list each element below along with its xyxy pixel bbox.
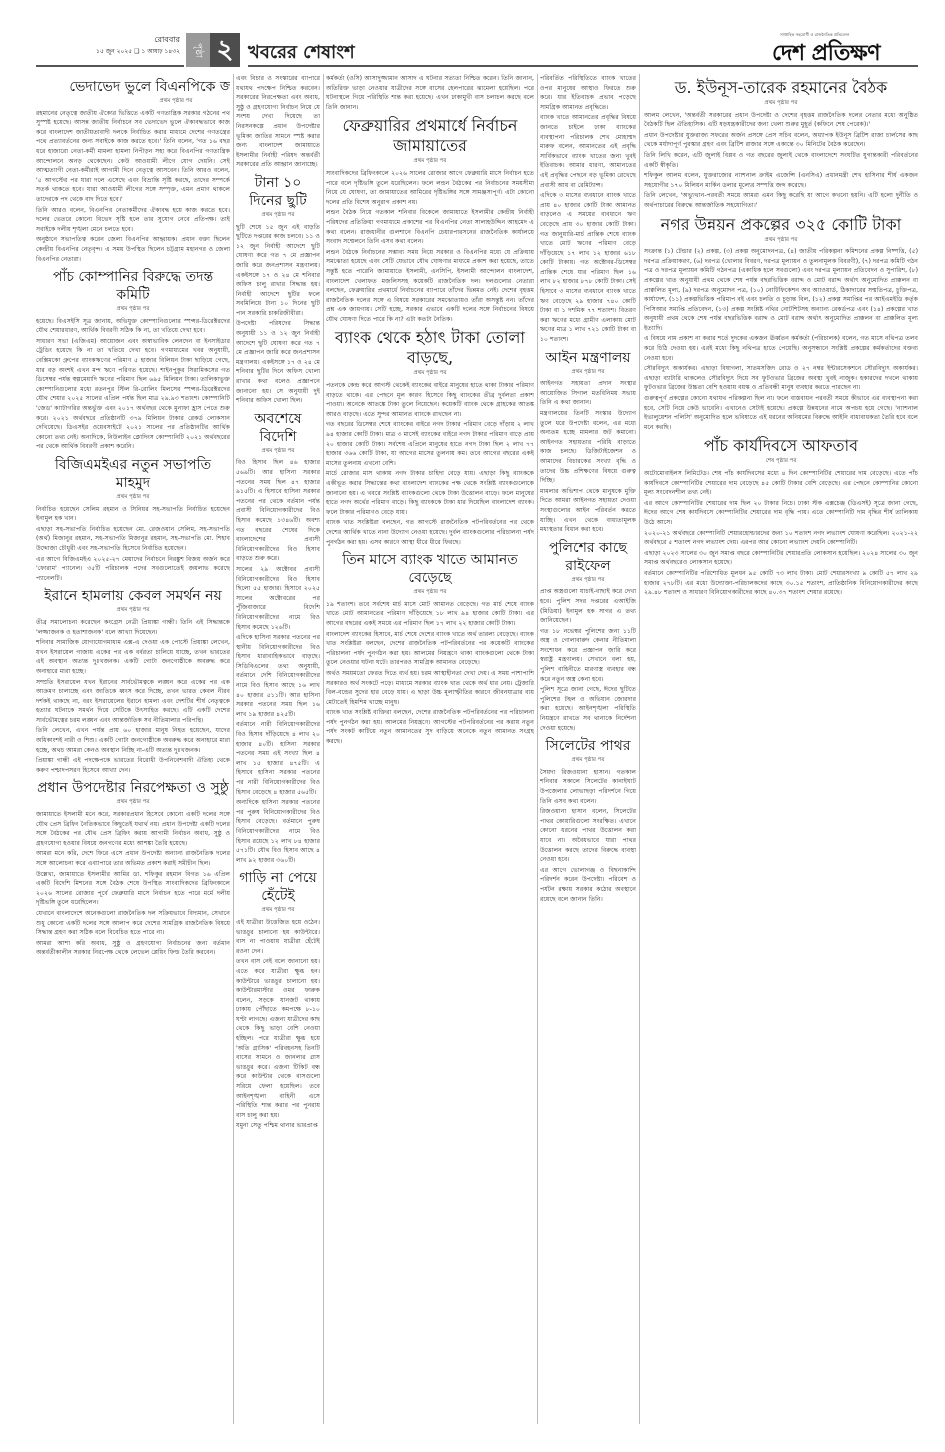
byline: প্রথম পৃষ্ঠার পর bbox=[326, 588, 534, 598]
paragraph: সাধারণ সভা (এজিএম) আয়োজন এবং অস্বাভাবিক… bbox=[36, 337, 230, 452]
byline: প্রথম পৃষ্ঠার পর bbox=[236, 211, 320, 221]
byline: প্রথম পৃষ্ঠার পর bbox=[236, 906, 320, 916]
article-chief-adviser: প্রধান উপদেষ্টার নিরপেক্ষতা ও সুষ্ঠু প্র… bbox=[36, 779, 230, 958]
headline[interactable]: পুলিশের কাছে রাইফেল bbox=[540, 539, 636, 575]
headline[interactable]: ফেব্রুয়ারির প্রথমার্ধে নির্বাচন জামায়া… bbox=[326, 116, 534, 156]
column-2: এবং বিচার ও সংস্কারের ব্যাপারে যথাযথ পদক… bbox=[236, 74, 320, 1424]
column-1: ভেদাভেদ ভুলে বিএনপিকে জয়ী করতে প্রথম পৃ… bbox=[36, 74, 230, 1424]
article-police-rifle: পুলিশের কাছে রাইফেল প্রথম পৃষ্ঠার পর প্র… bbox=[540, 539, 636, 734]
headline[interactable]: নগর উন্নয়ন প্রকল্পের ৩২৫ কোটি টাকা bbox=[644, 215, 918, 235]
paragraph: উল্লেখ্য, জামায়াতে ইসলামীর আমির ডা. শফি… bbox=[36, 870, 230, 908]
byline: প্রথম পৃষ্ঠার পর bbox=[326, 369, 534, 379]
paragraph: রহমানের নেতৃত্বে জাতীয় ঐক্যের ভিত্তিতে … bbox=[36, 109, 230, 205]
issue-date: ১৫ জুন ২০২৫ ❑ ১ আষাঢ় ১৪৩২ bbox=[36, 46, 180, 57]
paragraph: প্রিয়াঙ্কা গান্ধী এই পদক্ষেপকে ভারতের ব… bbox=[36, 756, 230, 775]
paragraph: অন্যদিকে হাসিনা সরকার পতনের পর পুরুষ বিন… bbox=[236, 798, 320, 865]
paragraph: এদিকে ৩ মাসের ব্যবধানে ব্যাংক খাতে প্রায… bbox=[540, 191, 636, 345]
article-five-companies: পাঁচ কোম্পানির বিরুদ্ধে তদন্ত কমিটি প্রথ… bbox=[36, 268, 230, 452]
paragraph: সংক্রান্ত (১) টেন্ডার (২) প্রকল্প, (৩) প… bbox=[644, 247, 918, 333]
paragraph: তিনি আরও বলেন, বিএনপির নেতাকর্মীদের ঐক্য… bbox=[36, 206, 230, 235]
headline[interactable]: আইন মন্ত্রণালয় bbox=[540, 349, 636, 367]
paragraph: গত ১৮ নভেম্বর পুলিশের জন্য ১১টি অস্ত্র ও… bbox=[540, 627, 636, 685]
byline: প্রথম পৃষ্ঠার পর bbox=[540, 756, 636, 766]
paragraph: মন্ত্রণালয়ের তিনটি সংস্কার উদ্যোগ তুলে … bbox=[540, 409, 636, 486]
column-divider bbox=[639, 74, 640, 1424]
byline: প্রথম পৃষ্ঠার পর bbox=[644, 99, 918, 109]
column-divider bbox=[323, 74, 324, 1424]
article-yunus-tarique: ড. ইউনূস-তারেক রহমানের বৈঠক প্রথম পৃষ্ঠা… bbox=[644, 78, 918, 211]
article-finally-abroad: অবশেষে বিদেশি প্রথম পৃষ্ঠার পর বিও হিসাব… bbox=[236, 410, 320, 866]
paragraph: সৈয়দা রিজওয়ানা হাসান। গতকাল শনিবার সকা… bbox=[540, 768, 636, 806]
paragraph: এর আগে ভোলাগঞ্জ ও বিছনাকান্দি পরিদর্শন ক… bbox=[540, 866, 636, 904]
headline[interactable]: ইরানে হামলায় কেবল সমর্থন নয় bbox=[36, 587, 230, 605]
paragraph: তিনি লিখি করেন, এটি জুলাই বিপ্লব ও গত বছ… bbox=[644, 151, 918, 170]
paragraph: এছাড়া ২০২৩ সালের ৩০ জুন সমাপ্ত বছরে কোম… bbox=[644, 549, 918, 568]
headline[interactable]: বিজিএমইএর নতুন সভাপতি মাহমুদ bbox=[36, 456, 230, 492]
paragraph: সালের ২৯ অক্টোবর প্রবাসী বিনিয়োগকারীদের… bbox=[236, 565, 320, 632]
byline: প্রথম পৃষ্ঠার পর bbox=[644, 236, 918, 246]
article-no-car: গাড়ি না পেয়ে হেঁটেই প্রথম পৃষ্ঠার পর এ… bbox=[236, 869, 320, 1131]
paragraph: সম্প্রতি ইসরায়েল যখন ইরানের সার্বভৌমত্ব… bbox=[36, 678, 230, 726]
masthead: রোববার ১৫ জুন ২০২৫ ❑ ১ আষাঢ় ১৪৩২ পৃষ্ঠা… bbox=[0, 0, 945, 68]
paragraph: রিজওয়ানা হাসান বলেন, সিলেটের পাথর কোয়া… bbox=[540, 807, 636, 865]
paragraph: আমরা আশা করি অবাধ, সুষ্ঠু ও গ্রহণযোগ্য ন… bbox=[36, 939, 230, 958]
headline[interactable]: তিন মাসে ব্যাংক খাতে আমানত বেড়েছে bbox=[326, 551, 534, 587]
paragraph: নির্বাচিত হয়েছেন সেলিম রহমান ও সিনিয়র … bbox=[36, 505, 230, 524]
header-rule bbox=[248, 65, 918, 67]
headline[interactable]: প্রধান উপদেষ্টার নিরপেক্ষতা ও সুষ্ঠু bbox=[36, 779, 230, 797]
article-sylhet-stones: সিলেটের পাথর প্রথম পৃষ্ঠার পর সৈয়দা রিজ… bbox=[540, 737, 636, 904]
paragraph: তখন বাস নেই বলে জানানো হয়। এতে করে যাত্… bbox=[236, 957, 320, 1120]
paragraph: লন্ডন বৈঠক নিয়ে গতকাল শনিবার বিকেলে জাম… bbox=[326, 208, 534, 246]
column-divider bbox=[537, 74, 538, 1424]
paragraph: শফিকুল আলম বলেন, যুক্তরাজ্যের ন্যাশনাল ক… bbox=[644, 171, 918, 190]
page-label: পৃষ্ঠা bbox=[186, 33, 210, 67]
paragraph: ১৯ শতাংশ। তবে সর্বশেষ মার্চ মাসে মোট আমা… bbox=[326, 600, 534, 629]
paragraph: তিনি লেখেন, 'অভ্যুত্থান-পরবর্তী সময়ে আম… bbox=[644, 191, 918, 210]
paragraph: এর আগে বিজিএমইএ ২০২৫-২৭ মেয়াদের নির্বাচ… bbox=[36, 555, 230, 584]
headline[interactable]: পাঁচ কোম্পানির বিরুদ্ধে তদন্ত কমিটি bbox=[36, 268, 230, 304]
paragraph: এদিকে হাসিনা সরকার পতনের পর স্থানীয় বিন… bbox=[236, 633, 320, 719]
paragraph: কর্মকর্তা (ওসি) আসাদুজ্জামান আসাদ এ ঘটনা… bbox=[326, 74, 534, 112]
byline: প্রথম পৃষ্ঠার পর bbox=[36, 798, 230, 808]
paragraph: ব্যাংক খাতে আমানতের প্রবৃদ্ধির বিষয়ে জা… bbox=[540, 113, 636, 190]
paragraph: মামলার অভিশাপ থেকে মানুষকে মুক্তি দিতে আ… bbox=[540, 487, 636, 535]
paragraph: গত বছরের ডিসেম্বর শেষে ব্যাংকের বাইরে নগ… bbox=[326, 420, 534, 468]
byline: প্রথম পৃষ্ঠার পর bbox=[36, 606, 230, 616]
article-law-ministry: আইন মন্ত্রণালয় প্রথম পৃষ্ঠার পর আইনগত স… bbox=[540, 349, 636, 535]
byline: প্রথম পৃষ্ঠার পর bbox=[36, 97, 230, 107]
byline: প্রথম পৃষ্ঠার পর bbox=[236, 447, 320, 457]
column-4: পরিবর্তিত পরিস্থিতিতে ব্যাংক খাতের ওপর ম… bbox=[540, 74, 636, 1424]
newspaper-logo: দেশ প্রতিক্ষণ bbox=[772, 36, 880, 73]
byline: শেষ পৃষ্ঠার পর bbox=[644, 457, 918, 467]
paragraph: জামায়াতে ইসলামী মনে করে, সরকারপ্রধান হি… bbox=[36, 810, 230, 848]
paragraph: যমুনা সেতু পশ্চিম থানার ভারপ্রাপ্ত bbox=[236, 1121, 320, 1131]
paragraph: ব্যাংক খাত সংশ্লিষ্ট ব্যক্তিরা বলছেন, দে… bbox=[326, 708, 534, 746]
paragraph: অটোমোবাইলস লিমিটেড। শেষ পাঁচ কার্যদিবসের… bbox=[644, 469, 918, 498]
paragraph: তিনি লেখেন, এখন পর্যন্ত প্রায় ৬০ হাজার … bbox=[36, 726, 230, 755]
article-bgmea: বিজিএমইএর নতুন সভাপতি মাহমুদ প্রথম পৃষ্ঠ… bbox=[36, 456, 230, 583]
paragraph: আমরা মনে করি, দেশে ফিরে এসে প্রধান উপদেষ… bbox=[36, 849, 230, 868]
paragraph: শনিবার সামাজিক যোগাযোগমাধ্যম এক্স-এ দেওয… bbox=[36, 638, 230, 676]
byline: প্রথম পৃষ্ঠার পর bbox=[540, 576, 636, 586]
paragraph: আইনগত সহায়তা প্রদান সংস্থার আয়োজিত সিগ… bbox=[540, 379, 636, 408]
article-jamaat-february: ফেব্রুয়ারির প্রথমার্ধে নির্বাচন জামায়া… bbox=[326, 116, 534, 324]
paragraph: পুলিশ সূত্রে জানা গেছে, ঈদের ছুটিতে পুলি… bbox=[540, 685, 636, 733]
article-bank-withdrawal: ব্যাংক থেকে হঠাৎ টাকা তোলা বাড়ছে, প্রথম… bbox=[326, 328, 534, 547]
headline[interactable]: পাঁচ কার্যদিবসে আফতাব bbox=[644, 436, 918, 456]
paragraph: হয়েছে। বিএসইসি সূত্র জানায়, অভিযুক্ত ক… bbox=[36, 317, 230, 336]
paragraph: এছাড়া সহ-সভাপতি নির্বাচিত হয়েছেন মো. র… bbox=[36, 525, 230, 554]
paragraph: বর্তমানে নারী বিনিয়োগকারীদের বিও হিসাব … bbox=[236, 720, 320, 797]
headline[interactable]: টানা ১০ দিনের ছুটি bbox=[236, 174, 320, 210]
paragraph: বর্তমানে কোম্পানিটির পরিশোধিত মূলধন ৯৫ ক… bbox=[644, 569, 918, 598]
headline[interactable]: অবশেষে বিদেশি bbox=[236, 410, 320, 446]
paragraph: পরিবর্তিত পরিস্থিতিতে ব্যাংক খাতের ওপর ম… bbox=[540, 74, 636, 112]
headline[interactable]: সিলেটের পাথর bbox=[540, 737, 636, 755]
paragraph: সৌরবিদ্যুৎ অকার্যকর। এছাড়া বিষাগলা, সাত… bbox=[644, 364, 918, 393]
paragraph: তীব্র সমালোচনা করেছেন কংগ্রেস নেত্রী প্র… bbox=[36, 618, 230, 637]
byline: প্রথম পৃষ্ঠার পর bbox=[540, 368, 636, 378]
paragraph: আলম লেখেন, 'অন্তর্বর্তী সরকারের প্রধান উ… bbox=[644, 111, 918, 130]
paragraph: ২০২০-২১ অর্থবছরে কোম্পানিটি শেয়ারহোল্ডা… bbox=[644, 529, 918, 548]
paragraph: বাংলাদেশ ব্যাংকের হিসাবে, মার্চ শেষে দেশ… bbox=[326, 630, 534, 668]
byline: প্রথম পৃষ্ঠার পর bbox=[36, 305, 230, 315]
column-3: কর্মকর্তা (ওসি) আসাদুজ্জামান আসাদ এ ঘটনা… bbox=[326, 74, 534, 1424]
column-5: ড. ইউনূস-তারেক রহমানের বৈঠক প্রথম পৃষ্ঠা… bbox=[644, 74, 918, 1424]
paragraph: এই যাত্রীরা উত্তেজিত হয়ে ওঠেন। ভাঙচুর চ… bbox=[236, 918, 320, 956]
article-iran-attack: ইরানে হামলায় কেবল সমর্থন নয় প্রথম পৃষ্… bbox=[36, 587, 230, 775]
paragraph: অর্থও সময়মতো ফেরত দিতে ব্যর্থ হয়। চরম … bbox=[326, 669, 534, 707]
paragraph: বিও হিসাব ছিল ৪৬ হাজার ৫৬৯টি। আর হাসিনা … bbox=[236, 458, 320, 564]
headline[interactable]: ভেদাভেদ ভুলে বিএনপিকে জয়ী করতে bbox=[36, 78, 230, 96]
article-deposits-up: তিন মাসে ব্যাংক খাতে আমানত বেড়েছে প্রথম… bbox=[326, 551, 534, 747]
paragraph: মার্চে রোজার মাস থাকায় নগদ টাকার চাহিদা… bbox=[326, 469, 534, 517]
paragraph: ব্যাংক খাত সংশ্লিষ্টরা বলছেন, গত আগস্টে … bbox=[326, 518, 534, 547]
header-rule bbox=[36, 65, 184, 67]
paragraph: প্রাপ্ত অস্ত্রগুলো যাচাই-বাছাই করে দেখা … bbox=[540, 587, 636, 625]
headline[interactable]: গাড়ি না পেয়ে হেঁটেই bbox=[236, 869, 320, 905]
paragraph: ছুটি শেষে ১৫ জুন এই বাড়তি ছুটিতে দপ্তরে… bbox=[236, 223, 320, 319]
byline: প্রথম পৃষ্ঠার পর bbox=[36, 493, 230, 503]
paragraph: এবং বিচার ও সংস্কারের ব্যাপারে যথাযথ পদক… bbox=[236, 74, 320, 170]
paragraph: লন্ডন বৈঠকে নির্বাচনের সম্ভাব্য সময় নিয… bbox=[326, 248, 534, 325]
column-divider bbox=[233, 74, 234, 1424]
paragraph: এর আগে কোম্পানিটির শেয়ারের দাম ছিল ২০ ট… bbox=[644, 499, 918, 528]
paragraph: এ বিষয়ে নাম প্রকাশ না করার শর্তে দুদকের… bbox=[644, 334, 918, 363]
byline: প্রথম পৃষ্ঠার পর bbox=[326, 157, 534, 167]
paragraph: অনুষ্ঠানে সভাপতিত্ব করেন জেলা বিএনপির আহ… bbox=[36, 235, 230, 264]
article-urban-development: নগর উন্নয়ন প্রকল্পের ৩২৫ কোটি টাকা প্রথ… bbox=[644, 215, 918, 433]
paragraph: যেখানে বাংলাদেশে অনেকগুলো রাজনৈতিক দল সক… bbox=[36, 909, 230, 938]
article-ten-day-holiday: টানা ১০ দিনের ছুটি প্রথম পৃষ্ঠার পর ছুটি… bbox=[236, 174, 320, 406]
paragraph: সাংবাদিকদের ব্রিফিংকালে ২০২৬ সালের রোজার… bbox=[326, 169, 534, 207]
page-number: ২ bbox=[210, 33, 240, 67]
headline[interactable]: ড. ইউনূস-তারেক রহমানের বৈঠক bbox=[644, 78, 918, 98]
paragraph: গুরুত্বপূর্ণ প্রকল্পের কোনো যথাযথ পরিকল্… bbox=[644, 394, 918, 432]
paragraph: প্রধান উপদেষ্টার যুক্তরাজ্য সফরের অর্জন … bbox=[644, 131, 918, 150]
article-aftab: পাঁচ কার্যদিবসে আফতাব শেষ পৃষ্ঠার পর অটো… bbox=[644, 436, 918, 597]
paragraph: উপদেষ্টা পরিষদের সিদ্ধান্ত অনুযায়ী ১১ ও… bbox=[236, 319, 320, 405]
article-bnp-unity: ভেদাভেদ ভুলে বিএনপিকে জয়ী করতে প্রথম পৃ… bbox=[36, 78, 230, 264]
paragraph: পতনকে কেন্দ্র করে আগস্ট থেকেই ব্যাংকের ব… bbox=[326, 381, 534, 419]
headline[interactable]: ব্যাংক থেকে হঠাৎ টাকা তোলা বাড়ছে, bbox=[326, 328, 534, 368]
